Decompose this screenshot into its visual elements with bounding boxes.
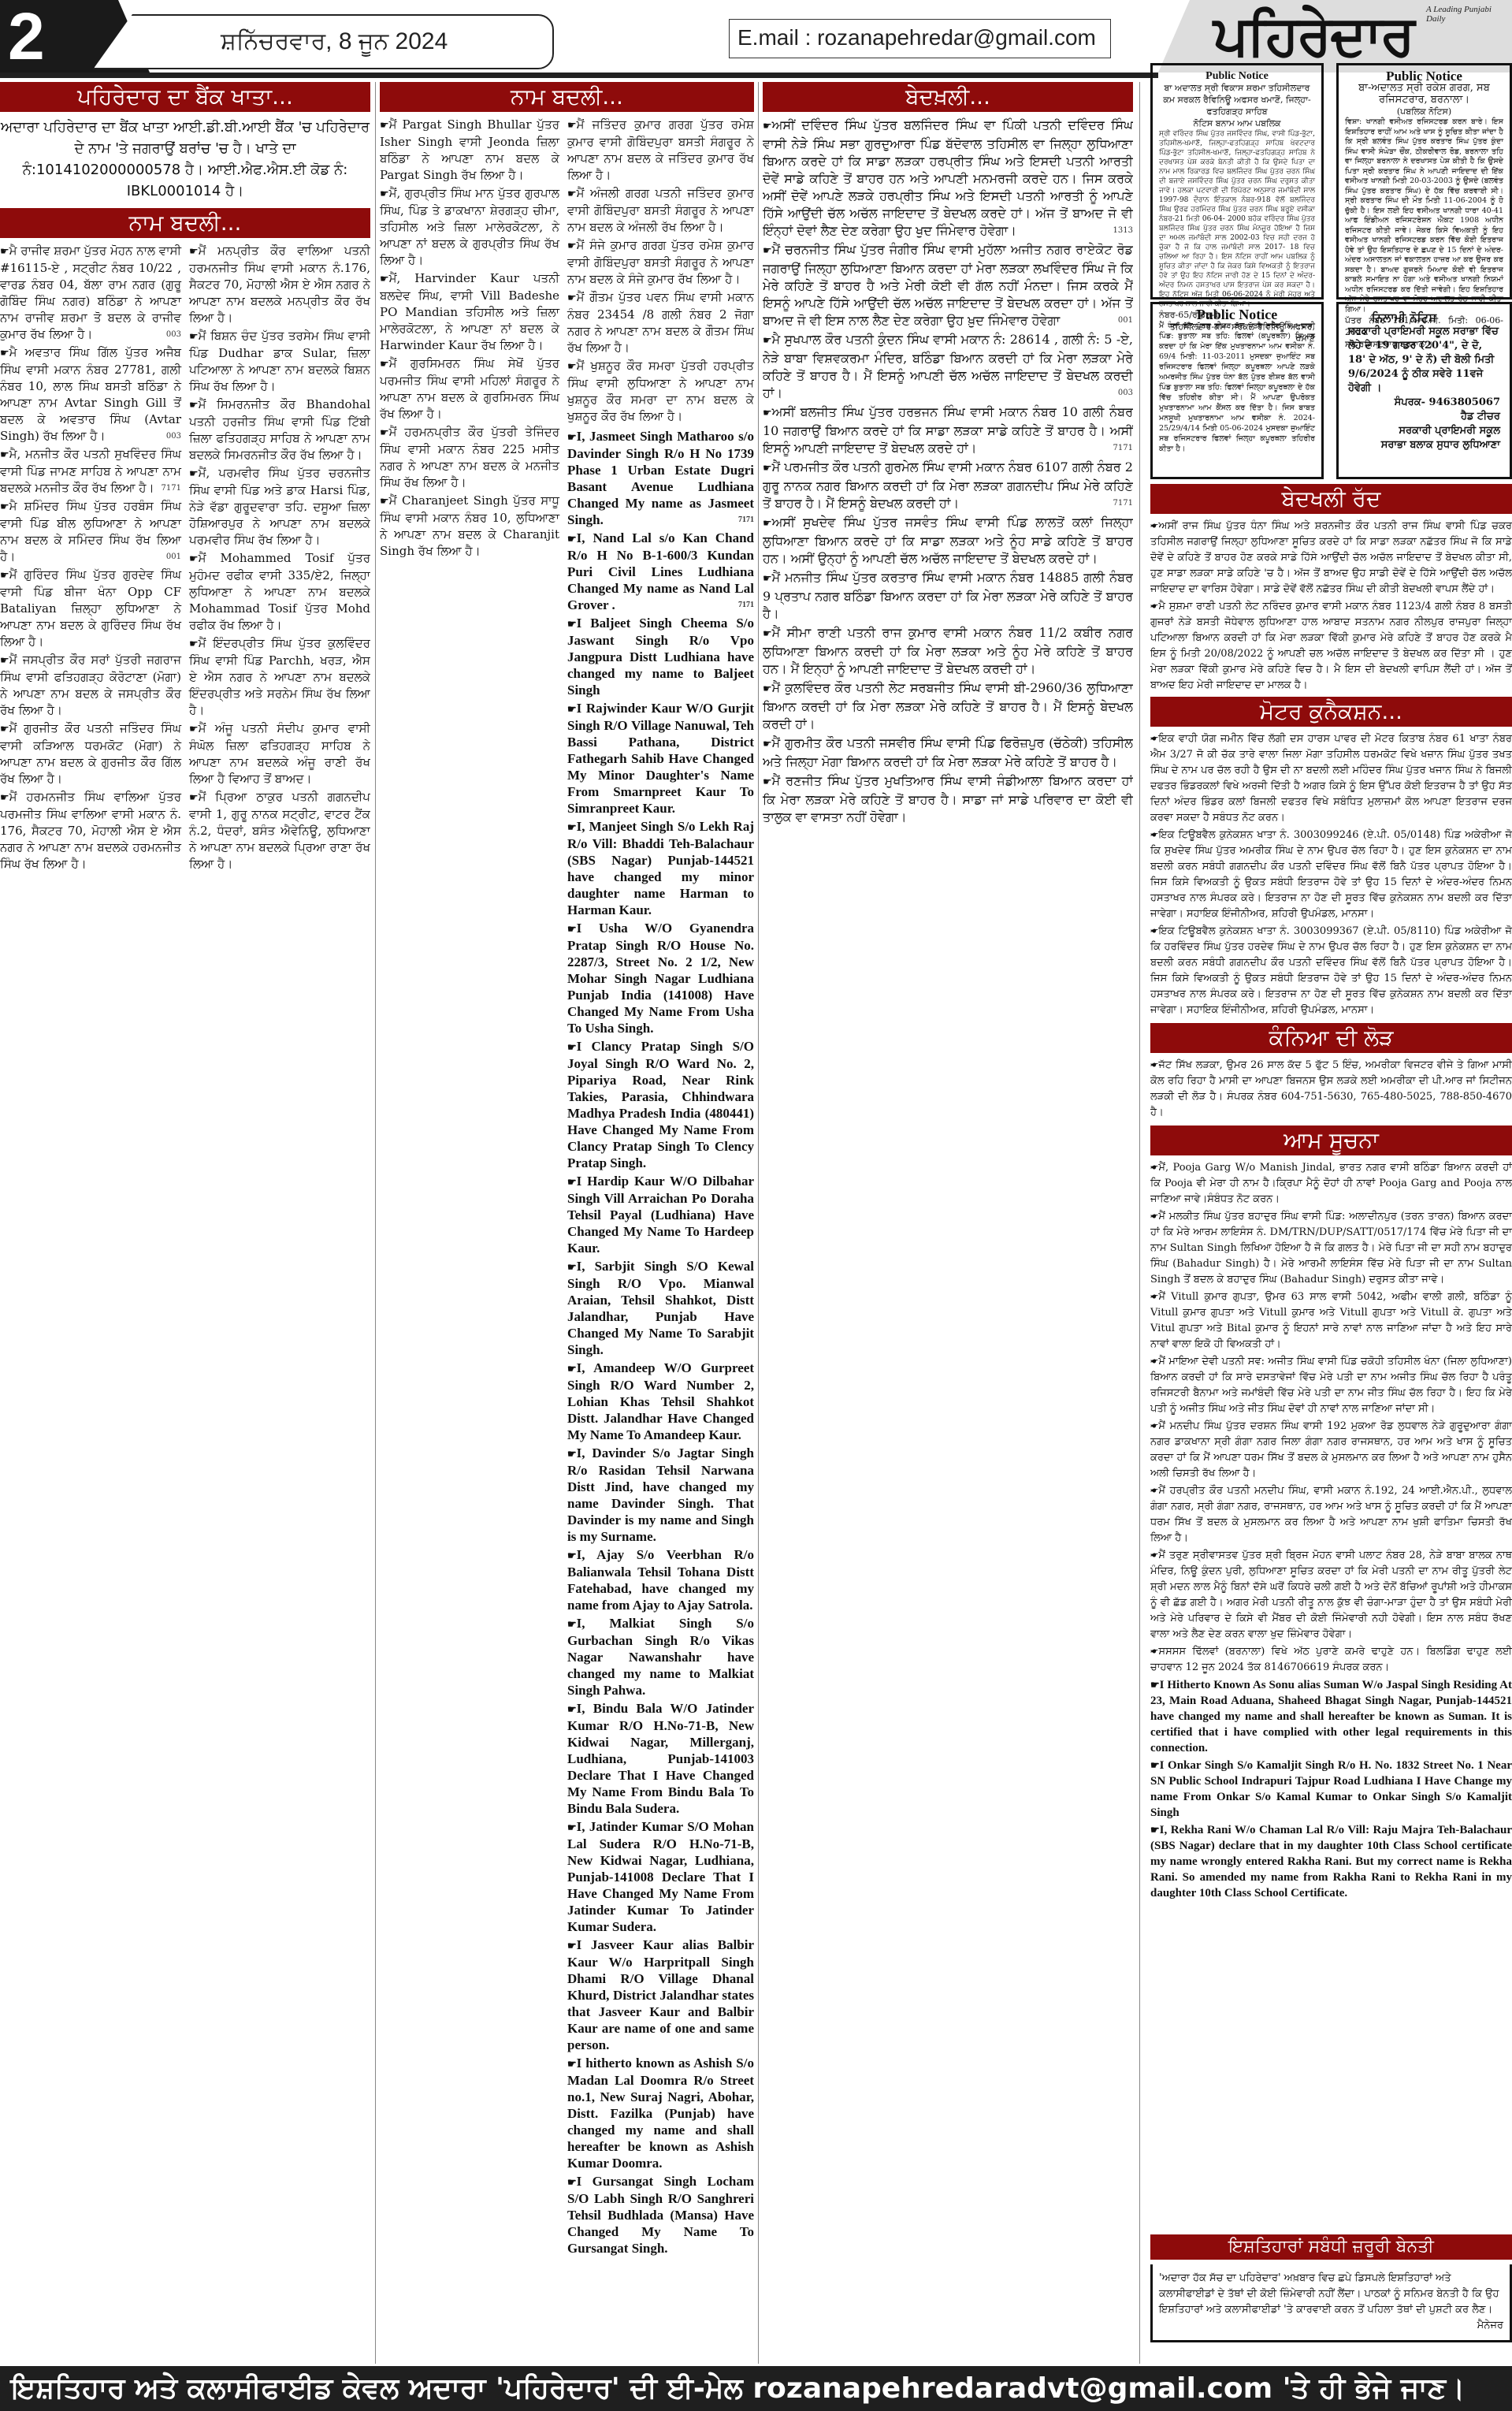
section-title-name-change: ਨਾਮ ਬਦਲੀ... (0, 208, 370, 238)
list-item: I, Bindu Bala W/O Jatinder Kumar R/O H.N… (567, 1700, 754, 1817)
list-item: ਮੈਂ ਹਰਮਨਪ੍ਰੀਤ ਕੌਰ ਪੁੱਤਰੀ ਤੇਜਿੰਦਰ ਸਿੰਘ ਵਾ… (380, 424, 559, 491)
auction-notice: ਨਿਲਾਮੀ ਨੋਟਿਸ ਸਰਕਾਰੀ ਪ੍ਰਾਇਮਰੀ ਸਕੂਲ ਸਰਾਭਾ … (1336, 302, 1512, 479)
list-item: ਮੈਂ ਮਲਕੀਤ ਸਿੰਘ ਪੁੱਤਰ ਬਹਾਦੁਰ ਸਿੰਘ ਵਾਸੀ ਪਿ… (1150, 1209, 1512, 1288)
list-item: ਅਸੀਂ ਸੁਖਦੇਵ ਸਿੰਘ ਪੁੱਤਰ ਜਸਵੰਤ ਸਿੰਘ ਵਾਸੀ ਪ… (763, 514, 1133, 567)
left-section: ਪਹਿਰੇਦਾਰ ਦਾ ਬੈਂਕ ਖਾਤਾ... ਅਦਾਰਾ ਪਹਿਰੇਦਾਰ … (0, 82, 370, 2364)
list-item: I, Ajay S/o Veerbhan R/o Balianwala Tehs… (567, 1546, 754, 1613)
tagline: A Leading Punjabi Daily (1426, 5, 1512, 24)
list-item: ਇਕ ਟਿਊਬਵੈਲ ਕੁਨੇਕਸ਼ਨ ਖਾਤਾ ਨੰ. 3003099367 … (1150, 924, 1512, 1018)
bank-details: ਅਦਾਰਾ ਪਹਿਰੇਦਾਰ ਦਾ ਬੈਂਕ ਖਾਤਾ ਆਈ.ਡੀ.ਬੀ.ਆਈ … (0, 117, 370, 202)
motor-list: ਇਕ ਵਾਹੀ ਯੋਗ ਜਮੀਨ ਵਿੱਚ ਲੱਗੀ ਦਸ ਹਾਰਸ ਪਾਵਰ … (1150, 731, 1512, 1018)
auction-sign-1: ਹੈਡ ਟੀਚਰ (1348, 410, 1500, 424)
header-rule (0, 73, 1158, 78)
public-notice-khamanon: Public Notice ਬਾ ਅਦਾਲਤ ਸ੍ਰੀ ਵਿਕਾਸ ਸ਼ਰਮਾ … (1150, 63, 1324, 300)
list-item: I, Davinder S/o Jagtar Singh R/o Rasidan… (567, 1445, 754, 1545)
list-item: ਮੈਂ ਗੁਰਸਿਮਰਨ ਸਿੰਘ ਸੇਖੋਂ ਪੁੱਤਰ ਪਰਮਜੀਤ ਸਿੰ… (380, 355, 559, 422)
list-item: I Clancy Pratap Singh S/O Joyal Singh R/… (567, 1038, 754, 1171)
public-notice-barnala: Public Notice ਬਾ-ਅਦਾਲਤ ਸ੍ਰੀ ਰਕੇਸ਼ ਗਰਗ, ਸ… (1336, 63, 1512, 300)
list-item: I Onkar Singh S/o Kamaljit Singh R/o H. … (1150, 1758, 1512, 1821)
disclaimer-box: ਇਸ਼ਤਿਹਾਰਾਂ ਸਬੰਧੀ ਜ਼ਰੂਰੀ ਬੇਨਤੀ 'ਅਦਾਰਾ ਹੱਕ… (1150, 2234, 1512, 2366)
auction-title: ਨਿਲਾਮੀ ਨੋਟਿਸ (1348, 311, 1500, 325)
list-item: I Hitherto Known As Sonu alias Suman W/o… (1150, 1677, 1512, 1756)
list-item: ਮੈਂ ਗੁਰਜੀਤ ਕੌਰ ਪਤਨੀ ਜਤਿੰਦਰ ਸਿੰਘ ਵਾਸੀ ਕੜਿ… (0, 720, 181, 787)
list-item: I Hardip Kaur W/O Dilbahar Singh Vill Ar… (567, 1173, 754, 1256)
list-item: ਮੈਂ ਬਿਸ਼ਨ ਚੰਦ ਪੁੱਤਰ ਤਰਸੇਮ ਸਿੰਘ ਵਾਸੀ ਪਿੰਡ… (189, 328, 370, 395)
list-item: ਮੈਂ ਪ੍ਰਿਆ ਠਾਕੁਰ ਪਤਨੀ ਗਗਨਦੀਪ ਵਾਸੀ 1, ਗੁਰੂ… (189, 789, 370, 872)
section-title-eviction: ਬੇਦਖ਼ਲੀ... (763, 82, 1133, 112)
section-title-motor-connection: ਮੋਟਰ ਕੁਨੈਕਸ਼ਨ... (1150, 697, 1512, 727)
notice-title: Public Notice (1345, 70, 1503, 82)
list-item: ਮੈਂ ਪਰਮਜੀਤ ਕੌਰ ਪਤਨੀ ਗੁਰਮੇਲ ਸਿੰਘ ਵਾਸੀ ਮਕਾ… (763, 459, 1133, 512)
list-item: ਮੈਂ ਸਿਮਰਨਜੀਤ ਕੌਰ Bhandohal ਪਤਨੀ ਹਰਜੀਤ ਸਿ… (189, 396, 370, 463)
list-item: ਮੈਂ ਅੰਜੂ ਪਤਨੀ ਸੰਦੀਪ ਕੁਮਾਰ ਵਾਸੀ ਸੰਘੋਲ ਜ਼ਿ… (189, 720, 370, 787)
english-name-changes: I, Jasmeet Singh Matharoo s/o Davinder S… (567, 428, 754, 2257)
page-number: 2 (8, 3, 45, 69)
eviction-section: ਬੇਦਖ਼ਲੀ... ਅਸੀਂ ਦਵਿੰਦਰ ਸਿੰਘ ਪੁੱਤਰ ਬਲਜਿੰਦ… (763, 82, 1133, 2364)
name-change-column-b: ਮੈਂ ਮਨਪ੍ਰੀਤ ਕੌਰ ਵਾਲਿਆ ਪਤਨੀ ਹਰਮਨਜੀਤ ਸਿੰਘ … (189, 243, 370, 874)
list-item: ਜੱਟ ਸਿੱਖ ਲੜਕਾ, ਉਮਰ 26 ਸਾਲ ਕੱਦ 5 ਫੁੱਟ 5 ਇ… (1150, 1058, 1512, 1121)
list-item: I, Rekha Rani W/o Chaman Lal R/o Vill: R… (1150, 1822, 1512, 1901)
section-title-eviction-cancel: ਬੇਦਖਲੀ ਰੱਦ (1150, 484, 1512, 514)
column-divider (1139, 82, 1140, 2364)
disclaimer-title: ਇਸ਼ਤਿਹਾਰਾਂ ਸਬੰਧੀ ਜ਼ਰੂਰੀ ਬੇਨਤੀ (1150, 2234, 1512, 2260)
list-item: ਮੈਂ ਇੰਦਰਪ੍ਰੀਤ ਸਿੰਘ ਪੁੱਤਰ ਕੁਲਵਿੰਦਰ ਸਿੰਘ ਵ… (189, 635, 370, 719)
list-item: ਮੈਂ ਗੁਰਮੀਤ ਕੌਰ ਪਤਨੀ ਜਸਵੀਰ ਸਿੰਘ ਵਾਸੀ ਪਿੰਡ… (763, 735, 1133, 771)
list-item: ਮੈਂ, Pooja Garg W/o Manish Jindal, ਭਾਰਤ … (1150, 1160, 1512, 1207)
notice-subtitle: (ਪਬਲਿਕ ਨੋਟਿਸ) (1345, 106, 1503, 117)
list-item: ਅਸੀਂ ਬਲਜੀਤ ਸਿੰਘ ਪੁੱਤਰ ਹਰਭਜਨ ਸਿੰਘ ਵਾਸੀ ਮਕ… (763, 404, 1133, 457)
list-item: ਮੈਂ ਚਰਨਜੀਤ ਸਿੰਘ ਪੁੱਤਰ ਜੰਗੀਰ ਸਿੰਘ ਵਾਸੀ ਮੁ… (763, 241, 1133, 329)
list-item: ਮੈਂ, ਗੁਰਪ੍ਰੀਤ ਸਿੰਘ ਮਾਨ ਪੁੱਤਰ ਗੁਰਪਾਲ ਸਿੰਘ… (380, 185, 559, 269)
notice-title: Public Notice (1159, 309, 1315, 321)
name-change-column-a: ਮੈ ਰਾਜੀਵ ਸ਼ਰਮਾ ਪੁੱਤਰ ਮੋਹਨ ਨਾਲ ਵਾਸੀ #1611… (0, 243, 181, 874)
list-item: ਮੈਂ, ਪਰਮਵੀਰ ਸਿੰਘ ਪੁੱਤਰ ਚਰਨਜੀਤ ਸਿੰਘ ਵਾਸੀ … (189, 465, 370, 549)
list-item: ਮੈਂ ਮਨਜੀਤ ਸਿੰਘ ਪੁੱਤਰ ਕਰਤਾਰ ਸਿੰਘ ਵਾਸੀ ਮਕਾ… (763, 569, 1133, 623)
list-item: I, Manjeet Singh S/o Lekh Raj R/o Vill: … (567, 818, 754, 918)
list-item: ਮੈਂ ਗੁਰਿੰਦਰ ਸਿੰਘ ਪੁੱਤਰ ਗੁਰਦੇਵ ਸਿੰਘ ਵਾਸੀ … (0, 567, 181, 650)
section-title-name-change-2: ਨਾਮ ਬਦਲੀ... (380, 82, 754, 112)
right-section: Public Notice ਬਾ ਅਦਾਲਤ ਸ੍ਰੀ ਵਿਕਾਸ ਸ਼ਰਮਾ … (1150, 63, 1512, 2366)
list-item: ਮੈ ਸੁਖਪਾਲ ਕੌਰ ਪਤਨੀ ਕੁੰਦਨ ਸਿੰਘ ਵਾਸੀ ਮਕਾਨ … (763, 331, 1133, 402)
section-title-bank: ਪਹਿਰੇਦਾਰ ਦਾ ਬੈਂਕ ਖਾਤਾ... (0, 82, 370, 112)
name-change-2-column-b: ਮੈਂ ਜਤਿੰਦਰ ਕੁਮਾਰ ਗਰਗ ਪੁੱਤਰ ਰਮੇਸ਼ ਕੁਮਾਰ ਵ… (567, 117, 754, 2258)
list-item: ਮੈਂ Vitull ਕੁਮਾਰ ਗੁਪਤਾ, ਉਮਰ 63 ਸਾਲ ਵਾਸੀ … (1150, 1289, 1512, 1352)
list-item: ਮੈ ਸ਼ਮਿੰਦਰ ਸਿੰਘ ਪੁੱਤਰ ਹਰਬੰਸ ਸਿੰਘ ਵਾਸੀ ਪਿ… (0, 498, 181, 565)
list-item: ਮੈਂ ਗੌਤਮ ਪੁੱਤਰ ਪਵਨ ਸਿੰਘ ਵਾਸੀ ਮਕਾਨ ਨੰਬਰ 2… (567, 289, 754, 356)
list-item: ਮੈਂ Pargat Singh Bhullar ਪੁੱਤਰ Isher Sin… (380, 117, 559, 184)
name-change-2-column-a: ਮੈਂ Pargat Singh Bhullar ਪੁੱਤਰ Isher Sin… (380, 117, 559, 2258)
auction-sign-2: ਸਰਕਾਰੀ ਪ੍ਰਾਇਮਰੀ ਸਕੂਲ (1348, 424, 1500, 438)
list-item: ਸਸਸਸ ਢਿੱਲਵਾਂ (ਬਰਨਾਲਾ) ਵਿਖੇ ਅੱਠ ਪੁਰਾਣੇ ਕਮ… (1150, 1644, 1512, 1676)
list-item: ਮੈਂ ਹਰਮਨਜੀਤ ਸਿੰਘ ਵਾਲਿਆ ਪੁੱਤਰ ਪਰਮਜੀਤ ਸਿੰਘ… (0, 789, 181, 872)
middle-section: ਨਾਮ ਬਦਲੀ... ਮੈਂ Pargat Singh Bhullar ਪੁੱ… (380, 82, 754, 2364)
list-item: I Gursangat Singh Locham S/O Labh Singh … (567, 2173, 754, 2257)
list-item: ਮੈਂ ਖੁਸ਼ਨੂਰ ਕੌਰ ਸਮਰਾ ਪੁੱਤਰੀ ਹਰਪ੍ਰੀਤ ਸਿੰਘ… (567, 358, 754, 425)
list-item: I hitherto known as Ashish S/o Madan Lal… (567, 2055, 754, 2171)
notice-title: Public Notice (1159, 70, 1315, 82)
list-item: ਮੈਂ ਹਰਪ੍ਰੀਤ ਕੌਰ ਪਤਨੀ ਮਨਦੀਪ ਸਿੰਘ, ਵਾਸੀ ਮਕ… (1150, 1483, 1512, 1546)
notice-court: ਬਾ-ਅਦਾਲਤ ਸ੍ਰੀ ਰਕੇਸ਼ ਗਰਗ, ਸਬ ਰਜਿਸਟਰਾਰ, ਬਰ… (1345, 82, 1503, 106)
list-item: I, Amandeep W/O Gurpreet Singh R/O Ward … (567, 1360, 754, 1443)
list-item: ਇਕ ਟਿਊਬਵੈਲ ਕੁਨੇਕਸ਼ਨ ਖਾਤਾ ਨੰ. 3003099246 … (1150, 828, 1512, 922)
list-item: I Usha W/O Gyanendra Pratap Singh R/O Ho… (567, 920, 754, 1036)
list-item: ਮੈਂ Mohammed Tosif ਪੁੱਤਰ ਮੁਹੰਮਦ ਰਫੀਕ ਵਾਸ… (189, 550, 370, 634)
list-item: I, Sarbjit Singh S/O Kewal Singh R/O Vpo… (567, 1258, 754, 1358)
list-item: ਮੈਂ ਜਤਿੰਦਰ ਕੁਮਾਰ ਗਰਗ ਪੁੱਤਰ ਰਮੇਸ਼ ਕੁਮਾਰ ਵ… (567, 117, 754, 184)
list-item: ਮੈ ਸੁਸ਼ਮਾ ਰਾਣੀ ਪਤਨੀ ਲੇਟ ਨਰਿੰਦਰ ਕੁਮਾਰ ਵਾਸ… (1150, 599, 1512, 694)
list-item: I Jasveer Kaur alias Balbir Kaur W/o Har… (567, 1937, 754, 2053)
newspaper-logo: ਪਹਿਰੇਦਾਰ (1213, 3, 1414, 69)
section-title-general-notice: ਆਮ ਸੂਚਨਾ (1150, 1126, 1512, 1155)
contact-email[interactable]: E.mail : rozanapehredar@gmail.com (729, 19, 1111, 58)
list-item: ਮੈਂ ਮਨਪ੍ਰੀਤ ਕੌਰ ਵਾਲਿਆ ਪਤਨੀ ਹਰਮਨਜੀਤ ਸਿੰਘ … (189, 243, 370, 326)
list-item: ਮੈਂ ਤਰੁਣ ਸ੍ਰੀਵਾਸਤਵ ਪੁੱਤਰ ਸ਼੍ਰੀ ਬ੍ਰਿਜ ਮੋਹ… (1150, 1548, 1512, 1643)
disclaimer-body: 'ਅਦਾਰਾ ਹੱਕ ਸੱਚ ਦਾ ਪਹਿਰੇਦਾਰ' ਅਖ਼ਬਾਰ ਵਿਚ ਛ… (1150, 2264, 1512, 2342)
bride-list: ਜੱਟ ਸਿੱਖ ਲੜਕਾ, ਉਮਰ 26 ਸਾਲ ਕੱਦ 5 ਫੁੱਟ 5 ਇ… (1150, 1058, 1512, 1121)
list-item: I Baljeet Singh Cheema S/o Jaswant Singh… (567, 615, 754, 698)
eviction-list: ਅਸੀਂ ਦਵਿੰਦਰ ਸਿੰਘ ਪੁੱਤਰ ਬਲਜਿੰਦਰ ਸਿੰਘ ਵਾ ਪ… (763, 117, 1133, 826)
section-title-bride-wanted: ਕੰਨਿਆ ਦੀ ਲੋੜ (1150, 1023, 1512, 1053)
list-item: ਮੈਂ ਸੀਮਾ ਰਾਣੀ ਪਤਨੀ ਰਾਜ ਕੁਮਾਰ ਵਾਸੀ ਮਕਾਨ ਨ… (763, 624, 1133, 678)
list-item: I, Nand Lal s/o Kan Chand R/o H No B-1-6… (567, 530, 754, 613)
list-item: I, Jatinder Kumar S/O Mohan Lal Sudera R… (567, 1818, 754, 1935)
auction-sign-3: ਸਰਾਭਾ ਬਲਾਕ ਸੁਧਾਰ ਲੁਧਿਆਣਾ (1348, 438, 1500, 452)
list-item: ਮੈਂ Charanjeet Singh ਪੁੱਤਰ ਸਾਧੂ ਸਿੰਘ ਵਾਸ… (380, 493, 559, 560)
list-item: I, Malkiat Singh S/o Gurbachan Singh R/o… (567, 1615, 754, 1698)
notice-subtitle: ਨੋਟਿਸ ਬਨਾਮ ਆਮ ਪਬਲਿਕ (1159, 117, 1315, 129)
list-item: ਮੈਂ ਮਾਇਆ ਦੇਵੀ ਪਤਨੀ ਸਵ: ਅਜੀਤ ਸਿੰਘ ਵਾਸੀ ਪਿ… (1150, 1354, 1512, 1417)
list-item: ਮੈਂ, Harvinder Kaur ਪਤਨੀ ਬਲਦੇਵ ਸਿੰਘ, ਵਾਸ… (380, 270, 559, 354)
list-item: ਮੈਂ ਰਣਜੀਤ ਸਿੰਘ ਪੁੱਤਰ ਮੁਖਤਿਆਰ ਸਿੰਘ ਵਾਸੀ ਜ… (763, 772, 1133, 826)
notice-body: ਮੈਂ ਧੰਨਾ ਬੱਲ ਪੁੱਤਰ ਈਸ਼ਰ ਬੱਲ ਪੁੱਤਰ ਨਰੈਣ ਸ… (1159, 321, 1315, 454)
list-item: ਅਸੀਂ ਰਾਜ ਸਿੰਘ ਪੁੱਤਰ ਧੰਨਾ ਸਿੰਘ ਅਤੇ ਸ਼ਰਨਜੀ… (1150, 519, 1512, 597)
general-english-list: I Hitherto Known As Sonu alias Suman W/o… (1150, 1677, 1512, 1901)
list-item: ਮੈਂ ਮਨਦੀਪ ਸਿੰਘ ਪੁੱਤਰ ਦਰਸ਼ਨ ਸਿੰਘ ਵਾਸੀ 192… (1150, 1419, 1512, 1482)
disclaimer-sign: ਮੈਨੇਜਰ (1159, 2318, 1503, 2334)
general-list: ਮੈਂ, Pooja Garg W/o Manish Jindal, ਭਾਰਤ … (1150, 1160, 1512, 1676)
list-item: ਮੈ ਰਾਜੀਵ ਸ਼ਰਮਾ ਪੁੱਤਰ ਮੋਹਨ ਨਾਲ ਵਾਸੀ #1611… (0, 243, 181, 343)
list-item: ਮੈਂ ਸੰਜੇ ਕੁਮਾਰ ਗਰਗ ਪੁੱਤਰ ਰਮੇਸ਼ ਕੁਮਾਰ ਵਾਸ… (567, 237, 754, 288)
column-divider (758, 82, 759, 2364)
list-item: ਮੈਂ ਅੰਜਲੀ ਗਰਗ ਪਤਨੀ ਜਤਿੰਦਰ ਕੁਮਾਰ ਵਾਸੀ ਗੋਬ… (567, 185, 754, 236)
auction-body: ਸਰਕਾਰੀ ਪ੍ਰਾਇਮਰੀ ਸਕੂਲ ਸਰਾਭਾ ਵਿੱਚ ਲੋਹੇ ਦੇ … (1348, 325, 1500, 396)
disclaimer-text: 'ਅਦਾਰਾ ਹੱਕ ਸੱਚ ਦਾ ਪਹਿਰੇਦਾਰ' ਅਖ਼ਬਾਰ ਵਿਚ ਛ… (1159, 2271, 1503, 2318)
list-item: ਇਕ ਵਾਹੀ ਯੋਗ ਜਮੀਨ ਵਿੱਚ ਲੱਗੀ ਦਸ ਹਾਰਸ ਪਾਵਰ … (1150, 731, 1512, 826)
list-item: ਮੈਂ ਕੁਲਵਿੰਦਰ ਕੌਰ ਪਤਨੀ ਲੇਟ ਸਰਬਜੀਤ ਸਿੰਘ ਵਾ… (763, 679, 1133, 733)
issue-date: ਸ਼ਨਿੱਚਰਵਾਰ, 8 ਜੂਨ 2024 (221, 28, 448, 55)
public-notice-kapurthala: Public Notice ਮੈਂ ਧੰਨਾ ਬੱਲ ਪੁੱਤਰ ਈਸ਼ਰ ਬੱ… (1150, 302, 1324, 479)
notice-body: ਸ੍ਰੀ ਵਰਿੰਦਰ ਸਿੰਘ ਪੁੱਤਰ ਜਸਵਿੰਦਰ ਸਿੰਘ, ਵਾਸ… (1159, 129, 1315, 309)
auction-contact[interactable]: ਸੰਪਰਕ- 9463805067 (1348, 396, 1500, 410)
notice-court: ਬਾ ਅਦਾਲਤ ਸ੍ਰੀ ਵਿਕਾਸ ਸ਼ਰਮਾ ਤਹਿਸੀਲਦਾਰ ਕਮ ਸ… (1159, 82, 1315, 117)
list-item: ਮੈਂ ਜਸਪ੍ਰੀਤ ਕੌਰ ਸਰਾਂ ਪੁੱਤਰੀ ਜਗਰਾਜ ਸਿੰਘ ਵ… (0, 652, 181, 719)
list-item: ਮੈ, ਮਨਜੀਤ ਕੌਰ ਪਤਨੀ ਸੁਖਵਿੰਦਰ ਸਿੰਘ ਵਾਸੀ ਪਿ… (0, 446, 181, 497)
list-item: I, Jasmeet Singh Matharoo s/o Davinder S… (567, 428, 754, 528)
list-item: ਅਸੀਂ ਦਵਿੰਦਰ ਸਿੰਘ ਪੁੱਤਰ ਬਲਜਿੰਦਰ ਸਿੰਘ ਵਾ ਪ… (763, 117, 1133, 240)
list-item: ਮੈ ਅਵਤਾਰ ਸਿੰਘ ਗਿੱਲ ਪੁੱਤਰ ਅਜੈਬ ਸਿੰਘ ਵਾਸੀ … (0, 344, 181, 445)
list-item: I Rajwinder Kaur W/O Gurjit Singh R/O Vi… (567, 700, 754, 817)
notice-body: ਵਿਸ਼ਾ: ਖਾਨਗੀ ਵਸੀਅਤ ਰਜਿਸਟਰਡ ਕਰਨ ਬਾਰੇ। ਇਸ … (1345, 117, 1503, 314)
eviction-cancel-list: ਅਸੀਂ ਰਾਜ ਸਿੰਘ ਪੁੱਤਰ ਧੰਨਾ ਸਿੰਘ ਅਤੇ ਸ਼ਰਨਜੀ… (1150, 519, 1512, 694)
column-divider (375, 82, 376, 2364)
footer-banner: ਇਸ਼ਤਿਹਾਰ ਅਤੇ ਕਲਾਸੀਫਾਈਡ ਕੇਵਲ ਅਦਾਰਾ 'ਪਹਿਰੇ… (0, 2366, 1512, 2411)
